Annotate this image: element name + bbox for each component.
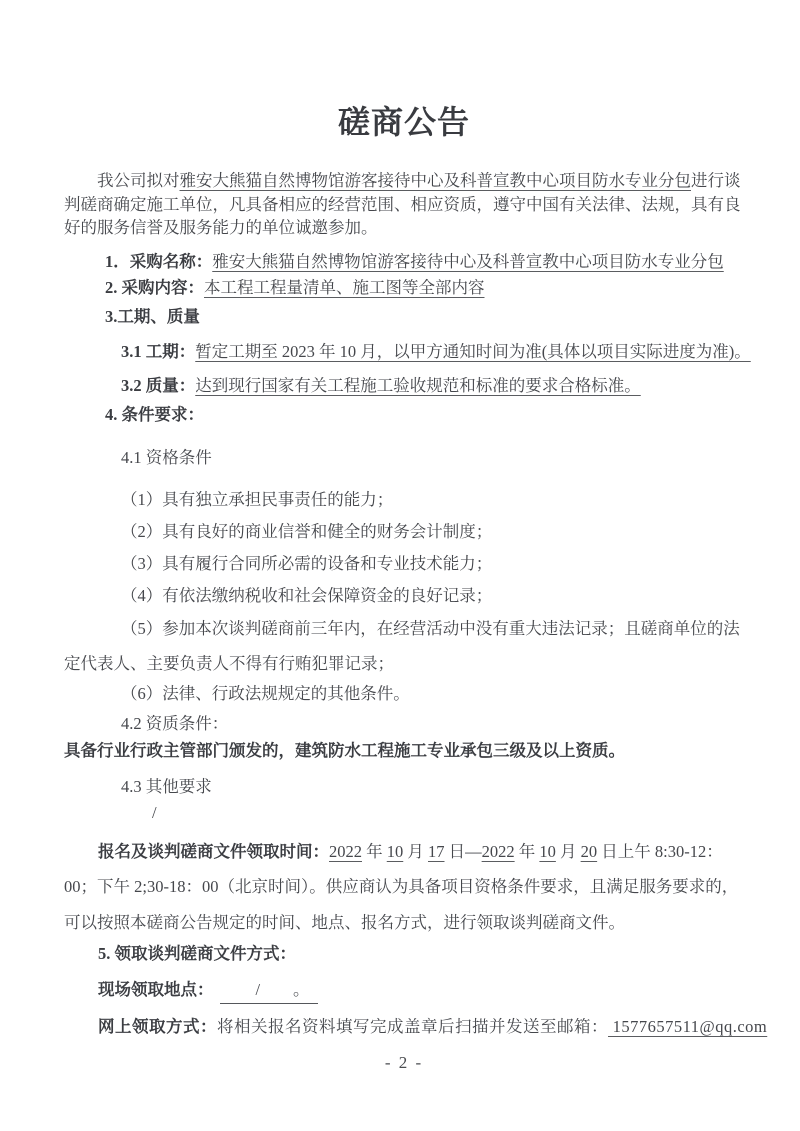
onsite-pickup-label: 现场领取地点： — [98, 980, 214, 999]
document-content: 磋商公告 我公司拟对雅安大熊猫自然博物馆游客接待中心及科普宣教中心项目防水专业分… — [64, 0, 744, 1075]
section4-heading: 4. 条件要求： — [105, 402, 744, 428]
qualification-item-5: （5）参加本次谈判磋商前三年内，在经营活动中没有重大违法记录；且磋商单位的法定代… — [64, 611, 744, 681]
qualification-item-2: （2）具有良好的商业信誉和健全的财务会计制度； — [64, 519, 744, 545]
registration-time-paragraph: 报名及谈判磋商文件领取时间：2022 年 10 月 17 日—2022 年 10… — [64, 834, 744, 941]
purchase-name-line: 1．采购名称：雅安大熊猫自然博物馆游客接待中心及科普宣教中心项目防水专业分包 — [105, 249, 744, 274]
onsite-pickup-line: 现场领取地点：/。 — [98, 977, 744, 1004]
section42-heading: 4.2 资质条件： — [121, 711, 744, 737]
page-number: - 2 - — [64, 1051, 744, 1075]
page-title: 磋商公告 — [64, 101, 744, 143]
qualification-item-3: （3）具有履行合同所必需的设备和专业技术能力； — [64, 551, 744, 577]
onsite-blank-period: 。 — [293, 977, 310, 1003]
intro-paragraph: 我公司拟对雅安大熊猫自然博物馆游客接待中心及科普宣教中心项目防水专业分包进行谈判… — [64, 169, 744, 240]
section41-heading: 4.1 资格条件 — [121, 445, 744, 471]
section5-heading: 5. 领取谈判磋商文件方式： — [98, 941, 744, 967]
section31-duration-line: 3.1 工期：暂定工期至 2023 年 10 月，以甲方通知时间为准(具体以项目… — [121, 339, 744, 365]
qualification-item-4: （4）有依法缴纳税收和社会保障资金的良好记录； — [64, 583, 744, 609]
section32-quality-line: 3.2 质量：达到现行国家有关工程施工验收规范和标准的要求合格标准。 — [121, 373, 744, 399]
onsite-blank-field: /。 — [220, 977, 318, 1004]
qualification-item-6: （6）法律、行政法规规定的其他条件。 — [64, 681, 744, 707]
section43-value: / — [152, 800, 744, 826]
document-page: 磋商公告 我公司拟对雅安大熊猫自然博物馆游客接待中心及科普宣教中心项目防水专业分… — [0, 0, 800, 1131]
section43-heading: 4.3 其他要求 — [121, 774, 744, 800]
section42-requirement-text: 具备行业行政主管部门颁发的，建筑防水工程施工专业承包三级及以上资质。 — [64, 738, 744, 764]
onsite-blank-slash: / — [256, 977, 261, 1003]
qualification-item-1: （1）具有独立承担民事责任的能力； — [64, 487, 744, 513]
online-pickup-line: 网上领取方式：将相关报名资料填写完成盖章后扫描并发送至邮箱： 157765751… — [98, 1014, 744, 1040]
section3-heading: 3.工期、质量 — [105, 304, 744, 330]
purchase-content-line: 2. 采购内容：本工程工程量清单、施工图等全部内容 — [105, 275, 744, 300]
